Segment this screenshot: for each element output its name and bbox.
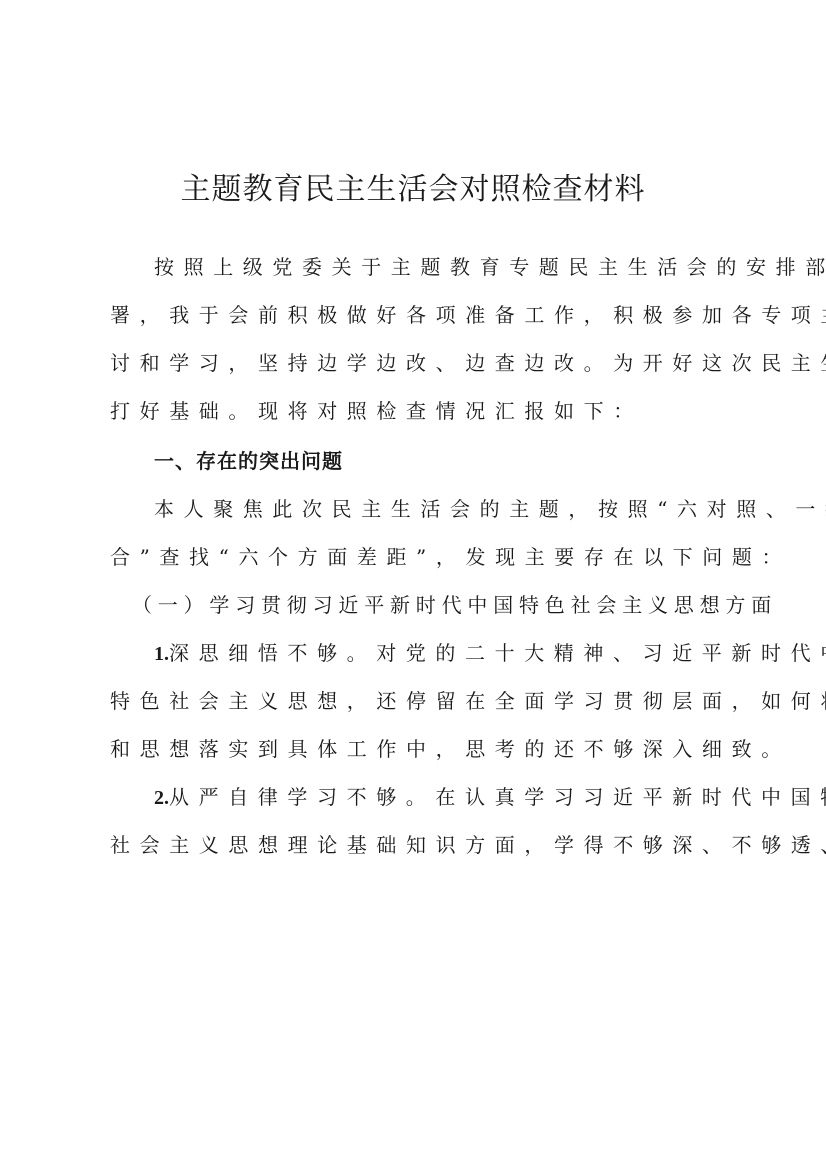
- text-line: 和思想落实到具体工作中，思考的还不够深入细致。: [110, 725, 716, 773]
- section-heading: 一、存在的突出问题: [110, 437, 716, 485]
- item-text: 从严自律学习不够。在认真学习习近平新时代中国特色: [169, 785, 826, 809]
- text-line: 本人聚焦此次民主生活会的主题，按照“六对照、一结: [110, 485, 716, 533]
- subsection-heading: （一）学习贯彻习近平新时代中国特色社会主义思想方面: [110, 581, 716, 629]
- item-text: 深思细悟不够。对党的二十大精神、习近平新时代中国: [169, 641, 826, 665]
- document-body: 按照上级党委关于主题教育专题民主生活会的安排部 署，我于会前积极做好各项准备工作…: [110, 243, 716, 869]
- text-line: 署，我于会前积极做好各项准备工作，积极参加各专项主题研: [110, 291, 716, 339]
- item-number: 1.: [154, 643, 169, 665]
- list-item-1: 1.深思细悟不够。对党的二十大精神、习近平新时代中国 特色社会主义思想，还停留在…: [110, 629, 716, 773]
- text-line: 讨和学习，坚持边学边改、边查边改。为开好这次民主生活会: [110, 339, 716, 387]
- text-line: 打好基础。现将对照检查情况汇报如下：: [110, 387, 716, 435]
- section-intro-paragraph: 本人聚焦此次民主生活会的主题，按照“六对照、一结 合”查找“六个方面差距”，发现…: [110, 485, 716, 581]
- document-title: 主题教育民主生活会对照检查材料: [0, 168, 826, 212]
- text-line: 特色社会主义思想，还停留在全面学习贯彻层面，如何将精神: [110, 677, 716, 725]
- text-line: 按照上级党委关于主题教育专题民主生活会的安排部: [110, 243, 716, 291]
- text-line: 2.从严自律学习不够。在认真学习习近平新时代中国特色: [110, 773, 716, 821]
- intro-paragraph: 按照上级党委关于主题教育专题民主生活会的安排部 署，我于会前积极做好各项准备工作…: [110, 243, 716, 435]
- text-line: 合”查找“六个方面差距”，发现主要存在以下问题：: [110, 533, 716, 581]
- list-item-2: 2.从严自律学习不够。在认真学习习近平新时代中国特色 社会主义思想理论基础知识方…: [110, 773, 716, 869]
- text-line: 1.深思细悟不够。对党的二十大精神、习近平新时代中国: [110, 629, 716, 677]
- text-line: 社会主义思想理论基础知识方面，学得不够深、不够透、不够: [110, 821, 716, 869]
- document-page: 主题教育民主生活会对照检查材料 按照上级党委关于主题教育专题民主生活会的安排部 …: [0, 0, 826, 1169]
- item-number: 2.: [154, 787, 169, 809]
